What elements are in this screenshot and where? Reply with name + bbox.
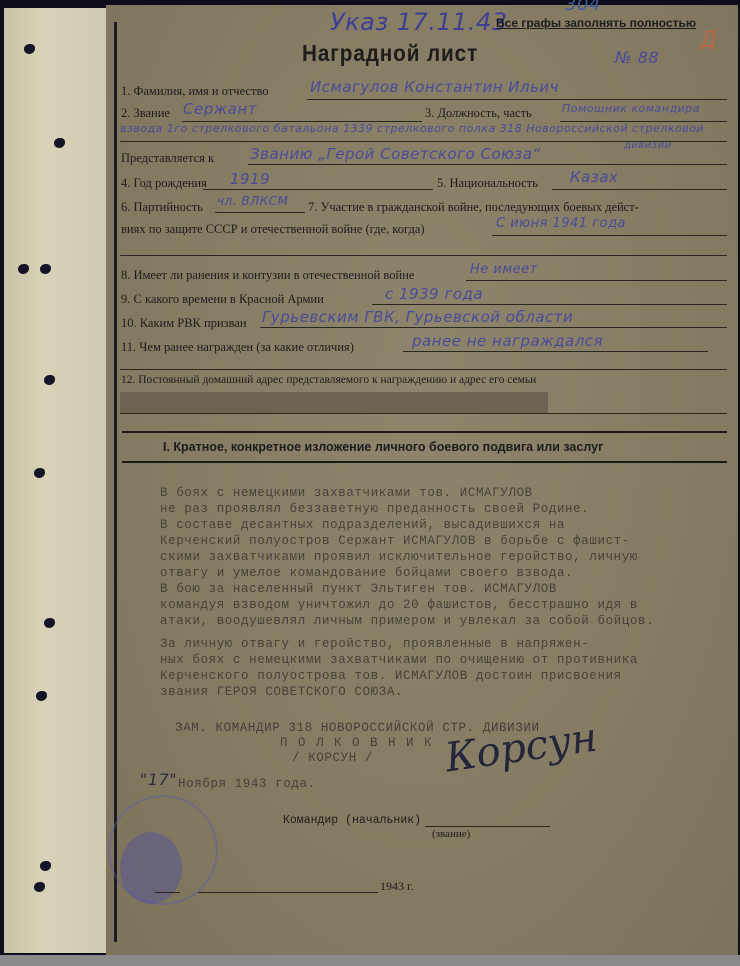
narrative-line: В боях с немецкими захватчиками тов. ИСМ… <box>160 486 533 500</box>
field-5-value: Казах <box>570 168 618 186</box>
signatory-rank: П О Л К О В Н И К <box>280 736 433 750</box>
official-seal-emblem <box>120 832 182 904</box>
section-rule-bottom <box>122 461 727 463</box>
punch-hole <box>34 882 45 892</box>
field-8-label: 8. Имеет ли ранения и контузии в отечест… <box>121 268 414 283</box>
field-6-value: чл. ВЛКСМ <box>217 194 288 208</box>
scan-bottom-edge <box>0 955 740 966</box>
punch-hole <box>34 468 45 478</box>
punch-hole <box>36 691 47 701</box>
field-4-label: 4. Год рождения <box>121 176 207 191</box>
section-heading: I. Кратное, конкретное изложение личного… <box>163 440 603 454</box>
date-blank-day-line <box>155 892 180 893</box>
field-2-value: Сержант <box>183 100 257 118</box>
narrative-line: звания ГЕРОЯ СОВЕТСКОГО СОЮЗА. <box>160 685 403 699</box>
field-12-line <box>120 413 727 414</box>
nominated-label: Представляется к <box>121 151 214 166</box>
field-9-line <box>372 304 727 305</box>
corner-mark: Д <box>700 28 717 53</box>
narrative-line: Керченский полуостров Сержант ИСМАГУЛОВ … <box>160 534 630 548</box>
field-7-line-cont <box>120 255 727 256</box>
field-2-label: 2. Звание <box>121 106 170 121</box>
field-10-line <box>260 327 727 328</box>
narrative-line: В бою за населенный пункт Эльтиген тов. … <box>160 582 557 596</box>
field-7-value: С июня 1941 года <box>496 216 626 231</box>
field-11-value: ранее не награждался <box>412 332 603 350</box>
field-3-value-cont2: дивизии <box>624 140 672 151</box>
field-12-label: 12. Постоянный домашний адрес представля… <box>121 374 536 386</box>
nominated-value: Званию „Герой Советского Союза“ <box>250 145 541 163</box>
narrative-line: В составе десантных подразделений, высад… <box>160 518 565 532</box>
narrative-line: атаки, воодушевлял личным примером и увл… <box>160 614 654 628</box>
instruction-note: Все графы заполнять полностью <box>496 16 696 30</box>
field-10-label: 10. Каким РВК призван <box>121 316 247 331</box>
signatory-name: / КОРСУН / <box>292 751 373 765</box>
field-9-label: 9. С какого времени в Красной Армии <box>121 292 324 307</box>
field-3-value: Помощник командира <box>562 102 700 115</box>
narrative-line: отвагу и умелое командование бойцами сво… <box>160 566 573 580</box>
punch-hole <box>40 861 51 871</box>
punch-hole <box>54 138 65 148</box>
punch-hole <box>44 375 55 385</box>
field-1-label: 1. Фамилия, имя и отчество <box>121 84 269 99</box>
field-5-line <box>552 189 727 190</box>
field-6-line <box>215 212 305 213</box>
date-day: "17" <box>140 770 177 789</box>
section-rule-top <box>122 431 727 433</box>
punch-hole <box>40 264 51 274</box>
field-8-value: Не имеет <box>470 262 538 277</box>
narrative-line: Керченского полуострова тов. ИСМАГУЛОВ д… <box>160 669 622 683</box>
field-11-line-cont <box>120 369 727 370</box>
date-month-year: Ноября 1943 года. <box>178 777 316 791</box>
date-blank-month-line <box>198 892 378 893</box>
archive-binding-strip <box>4 8 106 953</box>
field-7-label-line2: виях по защите СССР и отечественной войн… <box>121 222 425 237</box>
archive-number: 304 <box>565 0 601 15</box>
field-5-label: 5. Национальность <box>437 176 538 191</box>
field-10-value: Гурьевским ГВК, Гурьевской области <box>262 308 573 326</box>
narrative-line: скими захватчиками проявил исключительно… <box>160 550 638 564</box>
field-6-label: 6. Партийность <box>121 200 203 215</box>
margin-rule <box>114 22 117 942</box>
punch-hole <box>24 44 35 54</box>
field-9-value: с 1939 года <box>385 285 483 303</box>
field-3-label: 3. Должность, часть <box>425 106 532 121</box>
redacted-address <box>120 392 548 414</box>
page-title: Наградной лист <box>302 40 478 67</box>
field-7-line <box>492 235 727 236</box>
field-1-value: Исмагулов Константин Ильич <box>310 78 559 96</box>
field-4-line <box>203 189 433 190</box>
rank-caption: (звание) <box>432 828 470 840</box>
commander-label: Командир (начальник) <box>283 814 421 827</box>
decree-note: Указ 17.11.43 <box>330 8 508 36</box>
narrative-line: За личную отвагу и геройство, проявленны… <box>160 637 589 651</box>
field-11-label: 11. Чем ранее награжден (за какие отличи… <box>121 340 354 355</box>
field-8-line <box>466 280 727 281</box>
field-1-line <box>307 99 727 100</box>
field-7-label-line1: 7. Участие в гражданской войне, последую… <box>308 200 639 215</box>
narrative-line: командуя взводом уничтожил до 20 фашисто… <box>160 598 638 612</box>
field-4-value: 1919 <box>230 170 270 188</box>
commander-rank-line <box>425 826 550 827</box>
field-3-value-cont: взвода 1го стрелкового батальона 1339 ст… <box>120 122 704 135</box>
date-blank-year: 1943 г. <box>380 879 414 894</box>
field-11-line <box>403 351 708 352</box>
narrative-line: ных боях с немецкими захватчиками по очи… <box>160 653 638 667</box>
narrative-line: не раз проявлял беззаветную преданность … <box>160 502 589 516</box>
nominated-line <box>248 164 727 165</box>
sheet-number: № 88 <box>615 48 659 67</box>
punch-hole <box>18 264 29 274</box>
punch-hole <box>44 618 55 628</box>
